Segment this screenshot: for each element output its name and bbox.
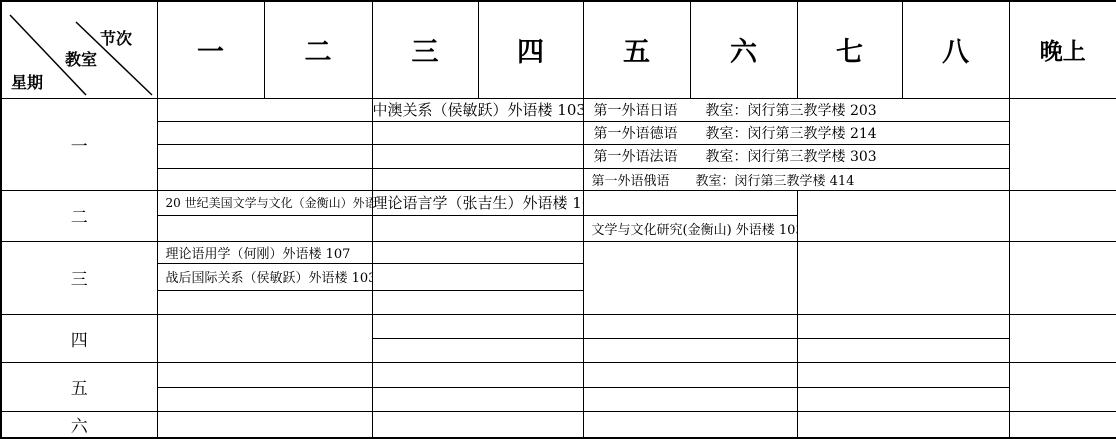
empty-cell (157, 215, 372, 241)
course-mon-russian: 第一外语俄语 教室：闵行第三教学楼 414 (583, 168, 1009, 190)
day-label-thursday: 四 (1, 314, 157, 362)
schedule-row: 第一外语俄语 教室：闵行第三教学楼 414 (1, 168, 1116, 190)
col-header-evening: 晚上 (1009, 1, 1116, 98)
course-mon-german: 第一外语德语 教室：闵行第三教学楼 214 (583, 121, 1009, 144)
corner-cell: 节次 教室 星期 (1, 1, 157, 98)
schedule-row: 第一外语德语 教室：闵行第三教学楼 214 (1, 121, 1116, 144)
empty-cell (372, 241, 583, 263)
empty-cell (583, 338, 797, 362)
schedule-row: 第一外语法语 教室：闵行第三教学楼 303 (1, 144, 1116, 168)
empty-cell (372, 411, 583, 438)
empty-cell (157, 121, 372, 144)
empty-cell (157, 411, 372, 438)
course-mon-japanese: 第一外语日语 教室：闵行第三教学楼 203 (583, 98, 1009, 121)
course-wed-postwar-international-relations: 战后国际关系（侯敏跃）外语楼 103 (157, 263, 372, 290)
header-row: 节次 教室 星期 一 二 三 四 五 六 七 八 晚上 (1, 1, 1116, 98)
corner-room-label: 教室 (65, 52, 97, 68)
schedule-row: 六 (1, 411, 1116, 438)
col-header-period-3: 三 (372, 1, 478, 98)
day-label-tuesday: 二 (1, 190, 157, 241)
empty-cell-evening (1009, 190, 1116, 241)
empty-cell-evening (1009, 241, 1116, 314)
empty-cell (797, 241, 1009, 314)
empty-cell-evening (1009, 314, 1116, 362)
day-label-friday: 五 (1, 362, 157, 411)
class-schedule-table: 节次 教室 星期 一 二 三 四 五 六 七 八 晚上 一 中澳关系（侯敏跃）外… (0, 0, 1116, 439)
empty-cell (797, 411, 1009, 438)
empty-cell (583, 190, 797, 215)
col-header-period-2: 二 (264, 1, 372, 98)
empty-cell (157, 387, 372, 411)
schedule-row: 一 中澳关系（侯敏跃）外语楼 103 第一外语日语 教室：闵行第三教学楼 203 (1, 98, 1116, 121)
empty-cell (157, 168, 372, 190)
empty-cell (372, 215, 583, 241)
empty-cell (583, 387, 797, 411)
col-header-period-5: 五 (583, 1, 690, 98)
day-label-saturday: 六 (1, 411, 157, 438)
empty-cell (157, 290, 372, 314)
empty-cell (372, 121, 583, 144)
day-label-monday: 一 (1, 98, 157, 190)
empty-cell (797, 338, 1009, 362)
schedule-row: 五 (1, 362, 1116, 387)
empty-cell (583, 411, 797, 438)
course-mon-sino-australian: 中澳关系（侯敏跃）外语楼 103 (372, 98, 583, 121)
empty-cell (797, 387, 1009, 411)
empty-cell (797, 190, 1009, 241)
course-tue-literature-culture-research: 文学与文化研究(金衡山) 外语楼 103 (583, 215, 797, 241)
col-header-period-4: 四 (478, 1, 583, 98)
empty-cell-evening (1009, 411, 1116, 438)
col-header-period-1: 一 (157, 1, 264, 98)
col-header-period-7: 七 (797, 1, 902, 98)
course-mon-french: 第一外语法语 教室：闵行第三教学楼 303 (583, 144, 1009, 168)
empty-cell (583, 241, 797, 314)
schedule-row: 三 理论语用学（何刚）外语楼 107 (1, 241, 1116, 263)
empty-cell (372, 144, 583, 168)
corner-period-label: 节次 (100, 31, 132, 47)
corner-week-label: 星期 (11, 75, 43, 91)
empty-cell (583, 314, 797, 338)
empty-cell (157, 314, 372, 362)
empty-cell (157, 98, 372, 121)
course-wed-theoretical-pragmatics: 理论语用学（何刚）外语楼 107 (157, 241, 372, 263)
course-tue-theoretical-linguistics: 理论语言学（张吉生）外语楼 103 (372, 190, 583, 215)
col-header-period-6: 六 (690, 1, 797, 98)
empty-cell (372, 290, 583, 314)
empty-cell (583, 362, 797, 387)
empty-cell-evening (1009, 98, 1116, 190)
day-label-wednesday: 三 (1, 241, 157, 314)
course-tue-american-literature: 20 世纪美国文学与文化（金衡山）外语 103 (157, 190, 372, 215)
empty-cell (372, 263, 583, 290)
empty-cell (157, 144, 372, 168)
schedule-row (1, 387, 1116, 411)
schedule-row: 四 (1, 314, 1116, 338)
empty-cell (157, 362, 372, 387)
col-header-period-8: 八 (902, 1, 1009, 98)
empty-cell (797, 362, 1009, 387)
empty-cell (372, 362, 583, 387)
empty-cell-evening (1009, 362, 1116, 411)
schedule-row: 二 20 世纪美国文学与文化（金衡山）外语 103 理论语言学（张吉生）外语楼 … (1, 190, 1116, 215)
empty-cell (372, 338, 583, 362)
empty-cell (372, 387, 583, 411)
empty-cell (372, 314, 583, 338)
empty-cell (797, 314, 1009, 338)
empty-cell (372, 168, 583, 190)
